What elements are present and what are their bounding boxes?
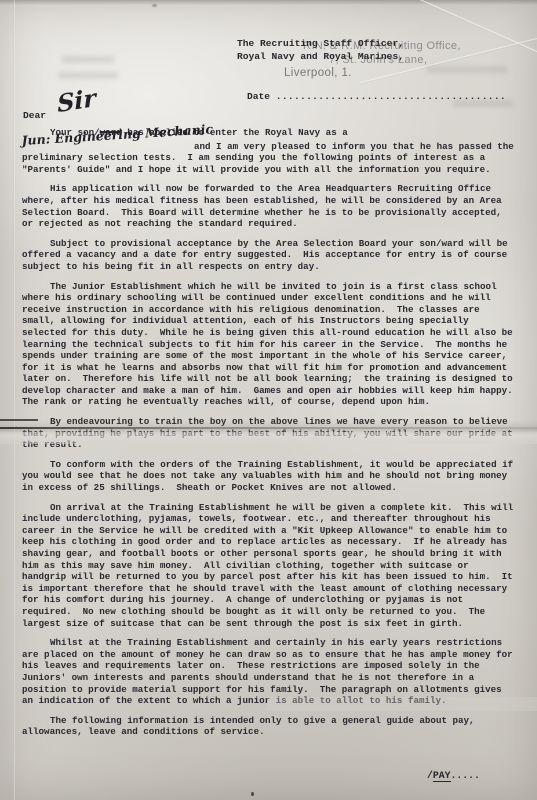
scanned-letter-page: R.N. & R.M. Recruiting Office, 7, St. Jo… bbox=[0, 0, 537, 800]
salutation-typed: Dear bbox=[23, 110, 46, 121]
salutation: DearSir bbox=[23, 110, 46, 121]
letterhead-printed-city-line: Liverpool, 1. bbox=[284, 67, 352, 79]
letter-body: Your son/ward has applied to enter the R… bbox=[22, 127, 517, 746]
show-through-smudge bbox=[62, 56, 114, 63]
handwritten-rating-insertion: Jun: Engineering Mechanic bbox=[21, 124, 193, 146]
paragraph-7: On arrival at the Training Establishment… bbox=[22, 502, 517, 630]
paragraph-5: By endeavouring to train the boy on the … bbox=[22, 416, 517, 451]
page-continuation-marker: /PAY..... bbox=[427, 770, 480, 781]
paragraph-1-text: and I am very pleased to inform you that… bbox=[22, 141, 519, 175]
paragraph-1: Your son/ward has applied to enter the R… bbox=[22, 127, 517, 175]
date-label: Date bbox=[247, 91, 276, 102]
continuation-slash: / bbox=[427, 770, 433, 781]
paragraph-3: Subject to provisional acceptance by the… bbox=[22, 238, 517, 273]
date-blank-dots: ...................................... bbox=[276, 91, 506, 102]
show-through-smudge bbox=[427, 66, 507, 73]
paragraph-6: To conform with the orders of the Traini… bbox=[22, 459, 517, 494]
paragraph-9: The following information is intended on… bbox=[22, 715, 517, 738]
continuation-word-pay: PAY bbox=[433, 770, 451, 782]
letterhead-typed-office-line: The Recruiting Staff Officer, bbox=[237, 38, 404, 49]
ink-speck bbox=[251, 792, 254, 796]
paragraph-2: His application will now be forwarded to… bbox=[22, 183, 517, 229]
paragraph-4: The Junior Establishment which he will b… bbox=[22, 281, 517, 409]
continuation-dots: ..... bbox=[451, 770, 480, 781]
handwritten-sir: Sir bbox=[56, 83, 96, 118]
date-line: Date ...................................… bbox=[247, 91, 506, 102]
show-through-smudge bbox=[58, 72, 118, 79]
paragraph-8: Whilst at the Training Establishment and… bbox=[22, 637, 517, 707]
paper-speck bbox=[152, 4, 157, 7]
letterhead-typed-service-line: Royal Navy and Royal Marines, bbox=[237, 51, 404, 62]
paper-crease bbox=[13, 0, 15, 800]
paper-edge-shadow bbox=[0, 0, 537, 5]
